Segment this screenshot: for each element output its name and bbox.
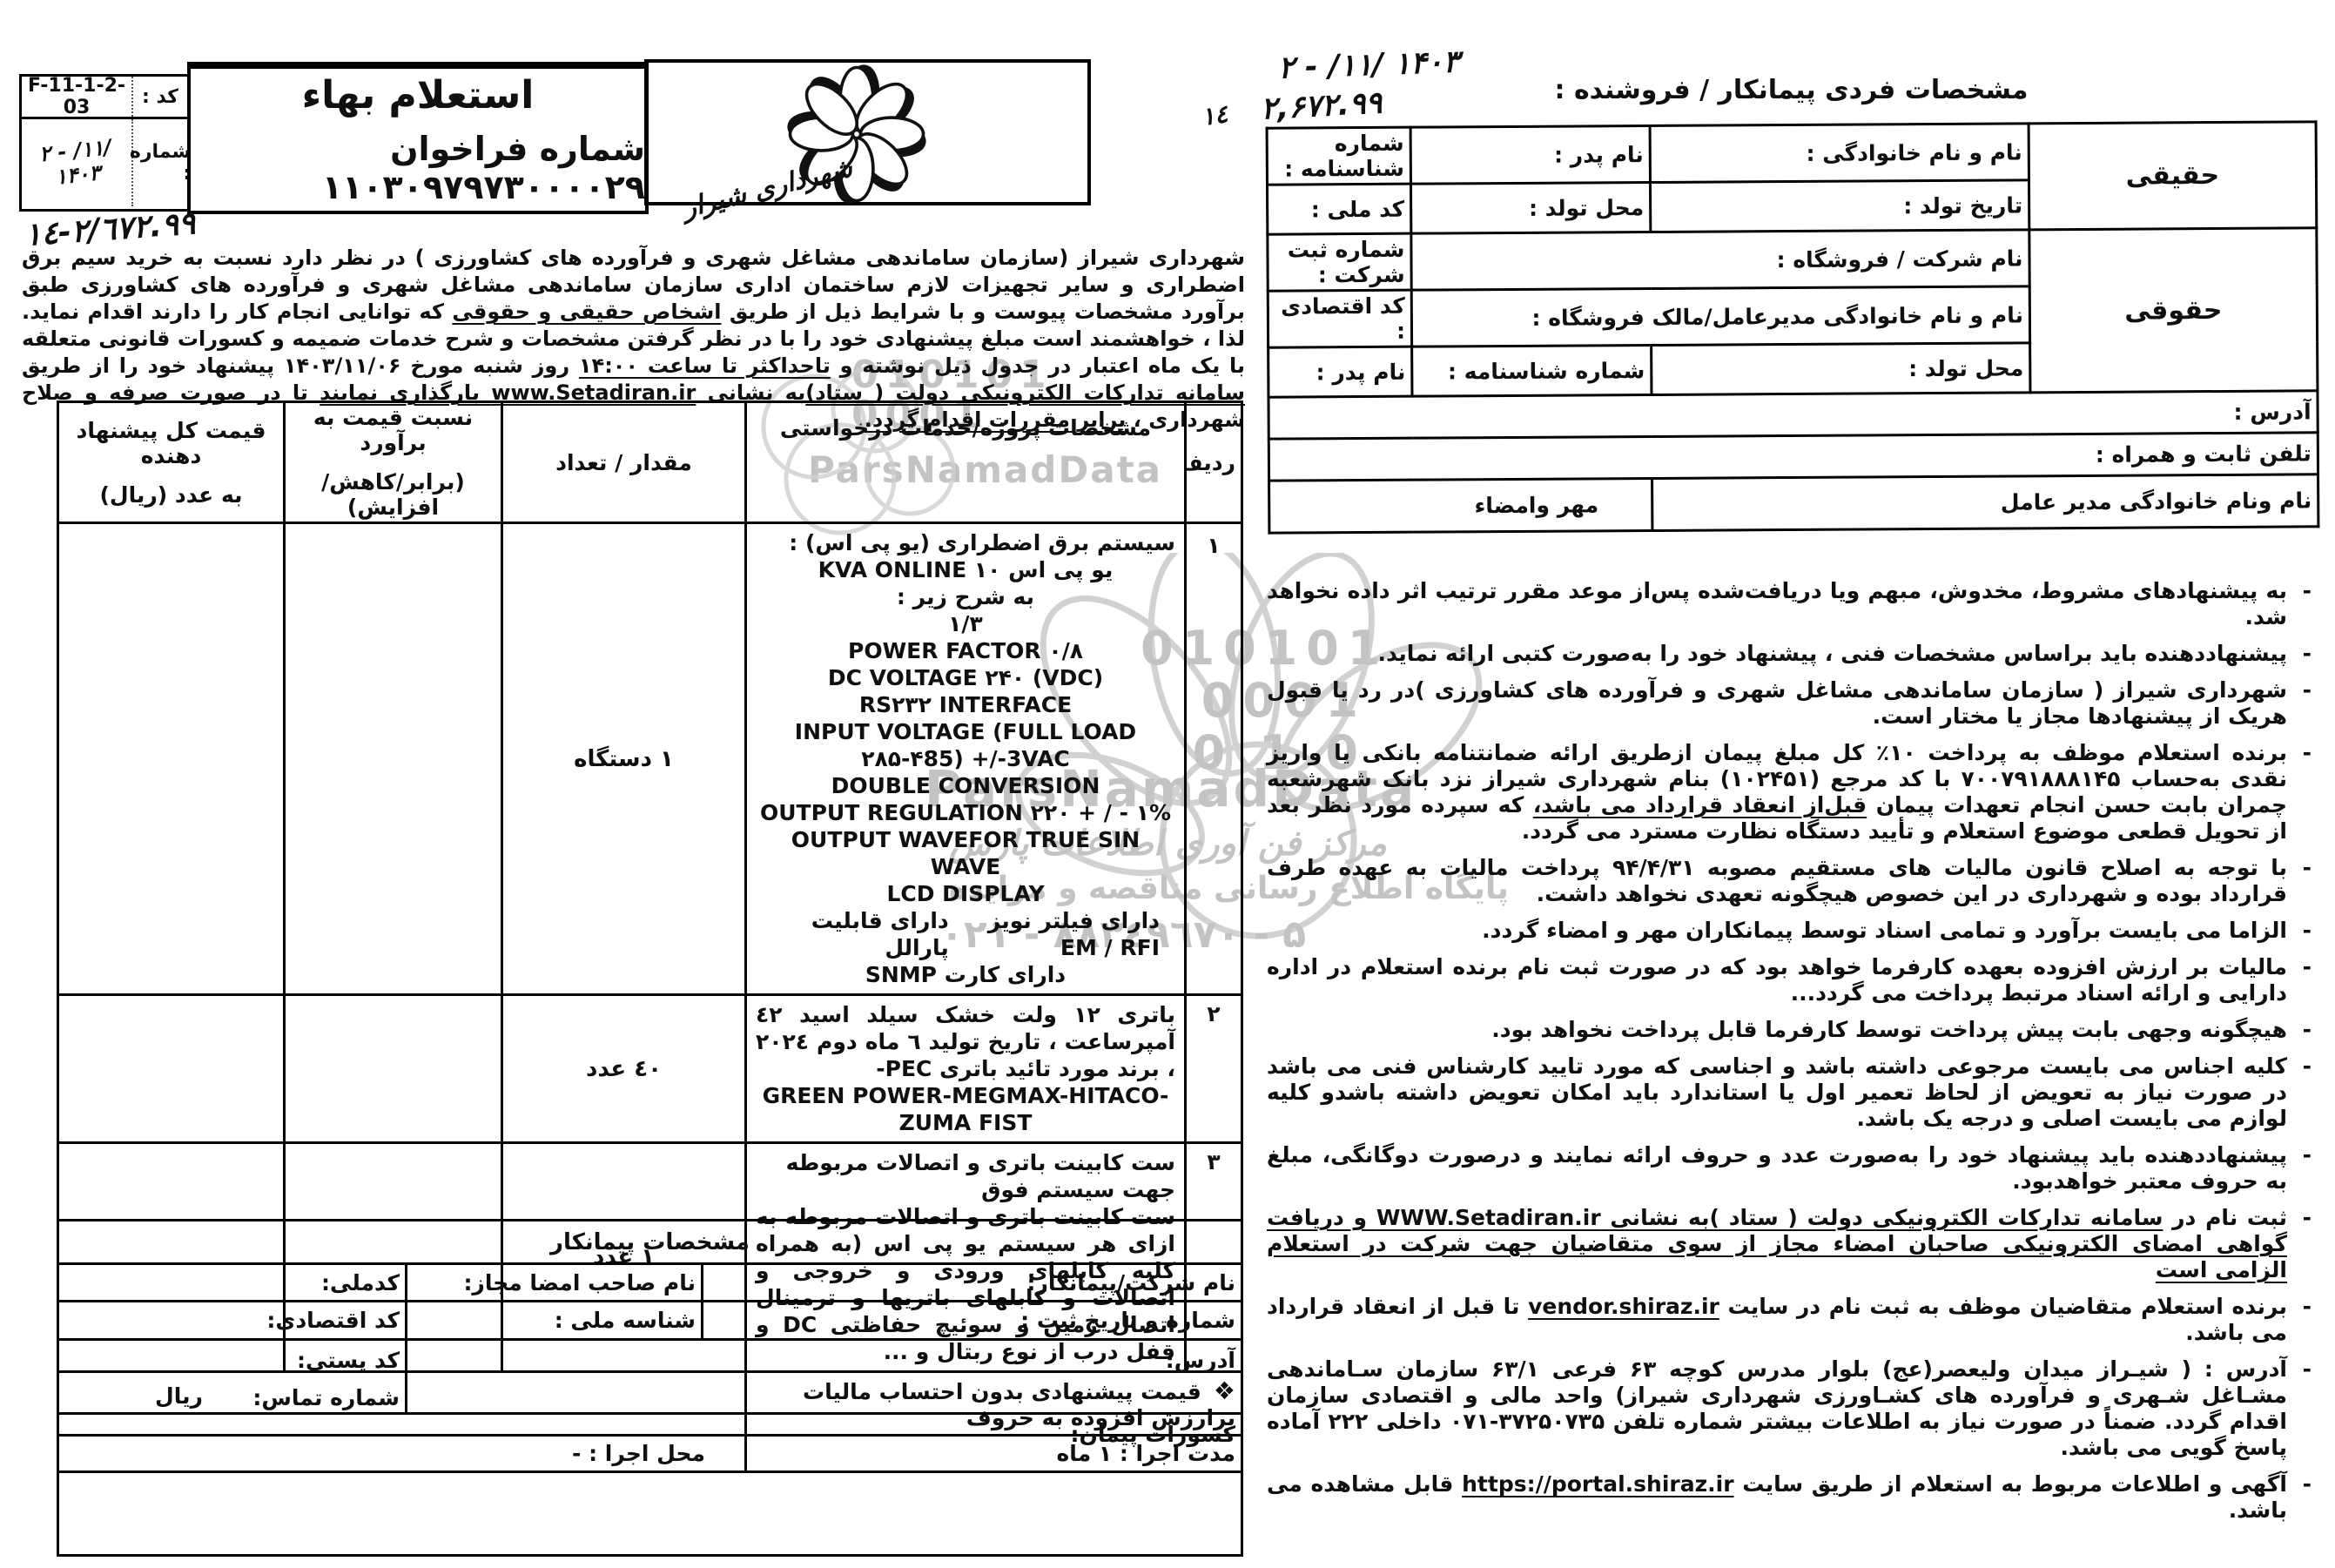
ratio-blank xyxy=(285,523,502,995)
note-item: -شهرداری شیراز ( سازمان ساماندهی مشاغل ش… xyxy=(1267,677,2313,730)
code-value: F-11-1-2-03 xyxy=(22,75,131,118)
spec-line: RS۲۳۲ INTERFACE xyxy=(756,691,1175,718)
person-national-id-field: کدملی: xyxy=(58,1264,407,1302)
postal-contact-field: کد پستی: شماره تماس: xyxy=(58,1340,407,1414)
spec-line: DC VOLTAGE ۲۴۰ (VDC) xyxy=(756,664,1175,691)
terms-notes-list: -به پیشنهادهای مشروط، مخدوش، مبهم ویا در… xyxy=(1267,578,2313,1534)
father-name-field: نام پدر : xyxy=(1268,347,1412,397)
item-qty: ۱ دستگاه xyxy=(502,523,746,995)
spec-line: ست کابینت باتری و اتصالات مربوطه جهت سیس… xyxy=(756,1149,1175,1203)
code-label: کد : xyxy=(131,77,187,117)
real-person-group-label: حقیقی xyxy=(2029,122,2317,230)
col-header-qty: مقدار / تعداد xyxy=(502,402,746,523)
vendor-panel-title: مشخصات فردی پیمانکار / فروشنده : xyxy=(1267,75,2316,105)
contractor-title: مشخصات پیمانکار xyxy=(58,1221,1242,1264)
note-item: -با توجه به اصلاح قانون مالیات های مستقی… xyxy=(1267,855,2313,907)
note-item: -مالیات بر ارزش افزوده بعهده کارفرما خوا… xyxy=(1267,954,2313,1006)
company-store-name-field: نام شرکت / فروشگاه : xyxy=(1411,230,2029,290)
table-row: ۱ سیستم برق اضطراری (یو پی اس) :یو پی اس… xyxy=(58,523,1242,995)
economic-code-field: کد اقتصادی: xyxy=(58,1302,407,1340)
note-item: -برنده استعلام موظف به پرداخت ۱۰٪ کل مبل… xyxy=(1267,740,2313,845)
note-item: -برنده استعلام متقاضیان موظف به ثبت نام … xyxy=(1267,1294,2313,1346)
item-spec: سیستم برق اضطراری (یو پی اس) :یو پی اس ۱… xyxy=(746,523,1186,995)
contract-deductions-field: کسورات پیمان: xyxy=(58,1414,1242,1556)
authorized-signer-field: نام صاحب امضا مجاز: xyxy=(407,1264,703,1302)
item-qty: ٤٠ عدد xyxy=(502,995,746,1143)
note-item: -آگهی و اطلاعات مربوط به استعلام از طریق… xyxy=(1267,1471,2313,1524)
birth-place-field: محل تولد : xyxy=(1410,182,1650,233)
company-name-field: نام شرکت/پیمانکار: xyxy=(703,1264,1242,1302)
row-number: ۲ xyxy=(1186,995,1242,1143)
spec-line: LCD DISPLAY xyxy=(756,880,1175,907)
note-item: -ثبت نام در سامانه تدارکات الکترونیکی دو… xyxy=(1267,1205,2313,1283)
note-item: -کلیه اجناس می بایست مرجوعی داشته باشد و… xyxy=(1267,1053,2313,1132)
row-number: ۱ xyxy=(1186,523,1242,995)
table-row: نام شرکت/پیمانکار: نام صاحب امضا مجاز: ک… xyxy=(58,1264,1242,1302)
phones-field: تلفن ثابت و همراه : xyxy=(1268,433,2318,481)
municipality-logo-box: شهرداری شیراز xyxy=(644,59,1091,205)
spec-line: DOUBLE CONVERSION xyxy=(756,772,1175,799)
table-row: آدرس: کد پستی: شماره تماس: xyxy=(58,1340,1242,1414)
handwritten-mark: ١٤ xyxy=(1200,99,1229,131)
note-item: -آدرس : ( شیـراز میدان ولیعصر(عج) بلوار … xyxy=(1267,1356,2313,1461)
price-blank xyxy=(58,995,285,1143)
table-row: نام ونام خانوادگی مدیر عامل مهر وامضاء xyxy=(1269,474,2318,533)
company-national-id-field: شناسه ملی : xyxy=(407,1302,703,1340)
number-label: شماره : xyxy=(131,119,187,206)
legal-entity-group-label: حقوقی xyxy=(2029,228,2318,393)
seal-signature-label: مهر وامضاء xyxy=(1269,478,1652,533)
table-row: آدرس : xyxy=(1268,391,2318,439)
vendor-details-table: حقیقی نام و نام خانوادگی : نام پدر : شما… xyxy=(1266,120,2320,534)
id-number-field: شماره شناسنامه : xyxy=(1267,127,1410,185)
address-field: آدرس : xyxy=(1268,391,2318,439)
item-spec: باتری ۱۲ ولت خشک سیلد اسید ٤٢ آمپرساعت ،… xyxy=(746,995,1186,1143)
spec-line: به شرح زیر : xyxy=(756,583,1175,610)
father-name-field: نام پدر : xyxy=(1410,125,1650,184)
table-row: شماره و تاریخ ثبت : شناسه ملی : کد اقتصا… xyxy=(58,1302,1242,1340)
ceo-owner-field: نام و نام خانوادگی مدیرعامل/مالک فروشگاه… xyxy=(1411,286,2029,347)
number-value-handwritten: ۲ - /۱۱/ ۱۴۰۳ xyxy=(19,133,133,193)
spec-line: دارای کارت SNMP xyxy=(756,961,1175,988)
table-row: کسورات پیمان: xyxy=(58,1414,1242,1556)
ceo-name-label: نام ونام خانوادگی مدیر عامل xyxy=(1652,474,2318,531)
spec-line: یو پی اس ۱۰ KVA ONLINE xyxy=(756,556,1175,583)
id-number-field: شماره شناسنامه : xyxy=(1412,345,1652,396)
spec-line: باتری ۱۲ ولت خشک سیلد اسید ٤٢ آمپرساعت ،… xyxy=(756,1001,1175,1082)
registration-no-field: شماره و تاریخ ثبت : xyxy=(703,1302,1242,1340)
col-header-ratio: نسبت قیمت به برآورد (برابر/کاهش/افزایش) xyxy=(285,402,502,523)
col-header-total: قیمت کل پیشنهاد دهنده به عدد (ریال) xyxy=(58,402,285,523)
economic-code-field: کد اقتصادی : xyxy=(1268,290,1411,347)
spec-line: INPUT VOLTAGE (FULL LOAD ۲۸۵-۴85) +/-3VA… xyxy=(756,718,1175,772)
ratio-blank xyxy=(285,995,502,1143)
spec-line: ۱/۳ xyxy=(756,610,1175,637)
scanned-inquiry-form: 010101 0001 ParsNamadData 010101 0001 0 … xyxy=(0,0,2335,1568)
note-item: -پیشنهاددهنده باید پیشنهاد خود را به‌صور… xyxy=(1267,1142,2313,1195)
table-row: ۲ باتری ۱۲ ولت خشک سیلد اسید ٤٢ آمپرساعت… xyxy=(58,995,1242,1143)
birth-place-field: محل تولد : xyxy=(1652,343,2030,395)
note-item: -پیشنهاددهنده باید براساس مشخصات فنی ، پ… xyxy=(1267,641,2313,667)
price-blank xyxy=(58,523,285,995)
table-row: حقیقی نام و نام خانوادگی : نام پدر : شما… xyxy=(1267,122,2316,185)
note-item: -به پیشنهادهای مشروط، مخدوش، مبهم ویا در… xyxy=(1267,578,2313,630)
table-row: تلفن ثابت و همراه : xyxy=(1268,433,2318,481)
form-title: استعلام بهاء xyxy=(302,73,535,118)
spec-line: OUTPUT REGULATION ۲۲۰ + / - ۱% xyxy=(756,799,1175,826)
spec-line: OUTPUT WAVEFOR TRUE SIN WAVE xyxy=(756,826,1175,880)
spec-line: GREEN POWER-MEGMAX-HITACO-ZUMA FIST xyxy=(756,1082,1175,1136)
national-code-field: کد ملی : xyxy=(1267,184,1410,234)
company-registration-field: شماره ثبت شرکت : xyxy=(1268,233,1411,291)
form-code-box: کد : F-11-1-2-03 شماره : ۲ - /۱۱/ ۱۴۰۳ xyxy=(19,74,190,212)
spec-line: POWER FACTOR ۰/۸ xyxy=(756,637,1175,664)
col-header-row-no: ردیف xyxy=(1186,402,1242,523)
note-item: -الزاما می بایست برآورد و تمامی اسناد تو… xyxy=(1267,918,2313,944)
col-header-spec: مشخصات پروژه/خدمات درخواستی xyxy=(746,402,1186,523)
spec-line: سیستم برق اضطراری (یو پی اس) : xyxy=(756,529,1175,556)
call-number: شماره فراخوان ۱۱۰۳۰۹۷۹۷۳۰۰۰۰۲۹ xyxy=(191,130,645,206)
note-item: -هیچگونه وجهی بابت پیش پرداخت توسط کارفر… xyxy=(1267,1017,2313,1043)
spec-line: دارای فیلتر نویز EM / RFIدارای قابلیت پا… xyxy=(756,907,1175,961)
address-field: آدرس: xyxy=(407,1340,1242,1414)
logo-caption: شهرداری شیراز xyxy=(680,152,856,224)
table-row: حقوقی نام شرکت / فروشگاه : شماره ثبت شرک… xyxy=(1268,228,2317,291)
full-name-field: نام و نام خانوادگی : xyxy=(1650,124,2029,183)
contractor-table: مشخصات پیمانکار نام شرکت/پیمانکار: نام ص… xyxy=(57,1219,1243,1557)
birth-date-field: تاریخ تولد : xyxy=(1650,180,2029,232)
form-title-box: استعلام بهاء شماره فراخوان ۱۱۰۳۰۹۷۹۷۳۰۰۰… xyxy=(187,65,649,214)
